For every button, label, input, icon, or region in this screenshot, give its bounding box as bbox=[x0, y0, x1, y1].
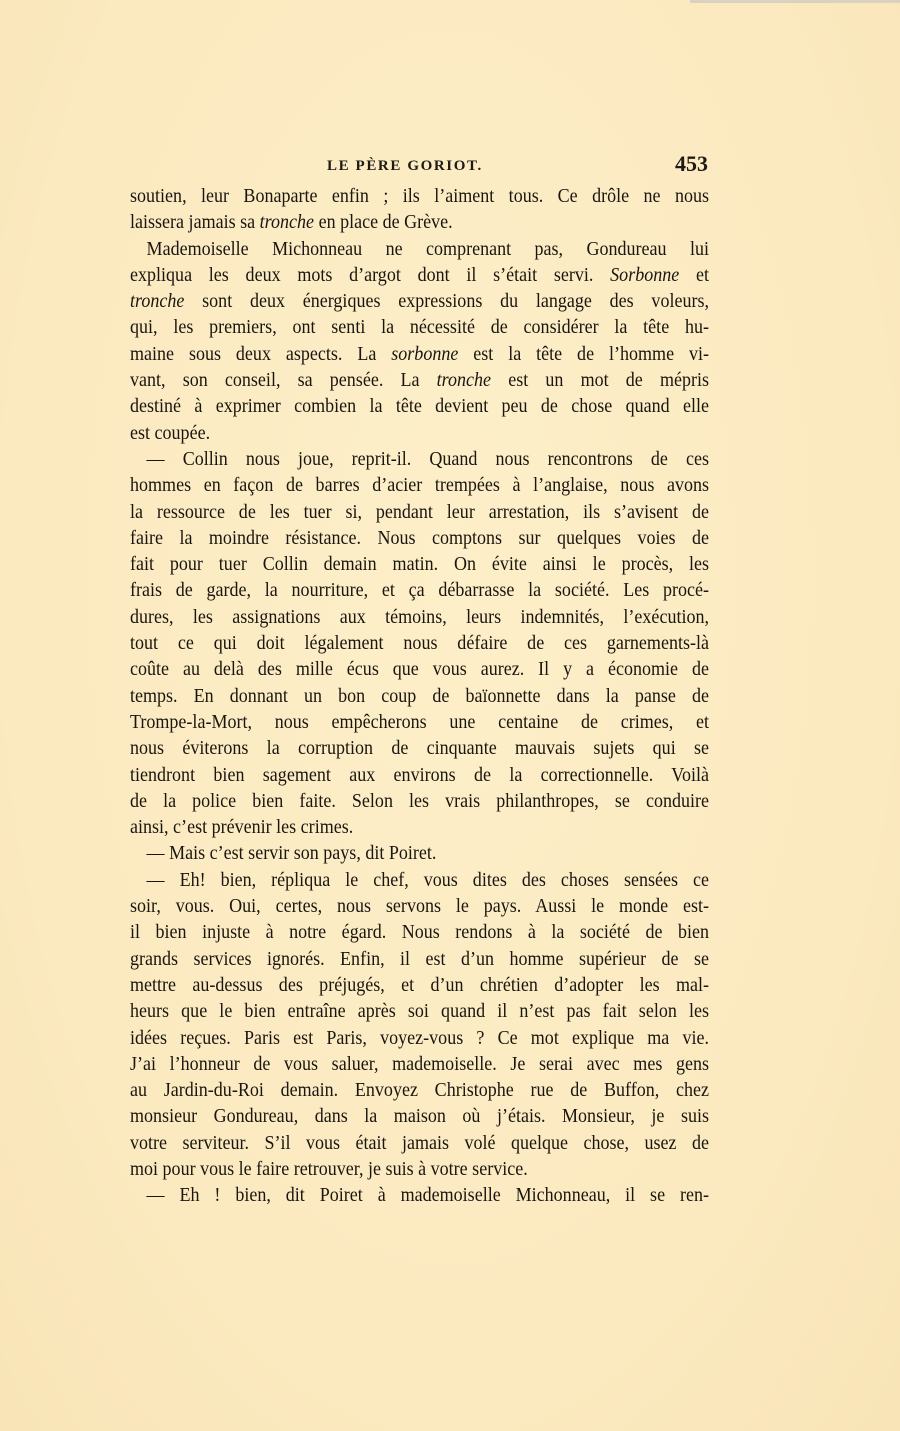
text-line: expliqua les deux mots d’argot dont il s… bbox=[130, 263, 709, 289]
text-run: en place de Grève. bbox=[314, 212, 453, 233]
text-run: maine sous deux aspects. La bbox=[130, 344, 391, 365]
italic-term: tronche bbox=[437, 370, 491, 391]
running-title: LE PÈRE GORIOT. bbox=[327, 158, 483, 175]
text-line: — Eh! bien, répliqua le chef, vous dites… bbox=[130, 868, 709, 894]
text-line: J’ai l’honneur de vous saluer, mademoise… bbox=[130, 1052, 709, 1078]
text-line: maine sous deux aspects. La sorbonne est… bbox=[130, 342, 709, 368]
italic-term: tronche bbox=[260, 212, 314, 233]
text-line: moi pour vous le faire retrouver, je sui… bbox=[130, 1157, 709, 1183]
italic-term: sorbonne bbox=[391, 344, 458, 365]
page-number: 453 bbox=[675, 151, 708, 177]
page-edge bbox=[690, 0, 900, 3]
text-line: nous éviterons la corruption de cinquant… bbox=[130, 736, 709, 762]
text-line: ainsi, c’est prévenir les crimes. bbox=[130, 815, 709, 841]
text-line: heurs que le bien entraîne après soi qua… bbox=[130, 999, 709, 1025]
text-line: frais de garde, la nourriture, et ça déb… bbox=[130, 578, 709, 604]
body-text: soutien, leur Bonaparte enfin ; ils l’ai… bbox=[130, 184, 709, 1210]
text-line: vant, son conseil, sa pensée. La tronche… bbox=[130, 368, 709, 394]
text-line: il bien injuste à notre égard. Nous rend… bbox=[130, 920, 709, 946]
text-line: Mademoiselle Michonneau ne comprenant pa… bbox=[130, 237, 709, 263]
text-run: et bbox=[679, 265, 709, 286]
text-line: mettre au-dessus des préjugés, et d’un c… bbox=[130, 973, 709, 999]
italic-term: Sorbonne bbox=[610, 265, 679, 286]
text-line: — Eh ! bien, dit Poiret à mademoiselle M… bbox=[130, 1183, 709, 1209]
text-line: soutien, leur Bonaparte enfin ; ils l’ai… bbox=[130, 184, 709, 210]
text-line: tiendront bien sagement aux environs de … bbox=[130, 763, 709, 789]
text-run: est la tête de l’homme vi- bbox=[458, 344, 709, 365]
text-line: faire la moindre résistance. Nous compto… bbox=[130, 526, 709, 552]
text-run: laissera jamais sa bbox=[130, 212, 260, 233]
italic-term: tronche bbox=[130, 291, 184, 312]
text-line: fait pour tuer Collin demain matin. On é… bbox=[130, 552, 709, 578]
text-line: — Collin nous joue, reprit-il. Quand nou… bbox=[130, 447, 709, 473]
running-head: LE PÈRE GORIOT. 453 bbox=[130, 150, 710, 178]
text-line: monsieur Gondureau, dans la maison où j’… bbox=[130, 1104, 709, 1130]
text-line: laissera jamais sa tronche en place de G… bbox=[130, 210, 709, 236]
text-run: expliqua les deux mots d’argot dont il s… bbox=[130, 265, 610, 286]
text-line: la ressource de les tuer si, pendant leu… bbox=[130, 500, 709, 526]
text-line: dures, les assignations aux témoins, leu… bbox=[130, 605, 709, 631]
text-line: Trompe-la-Mort, nous empêcherons une cen… bbox=[130, 710, 709, 736]
text-line: de la police bien faite. Selon les vrais… bbox=[130, 789, 709, 815]
text-line: coûte au delà des mille écus que vous au… bbox=[130, 657, 709, 683]
text-line: est coupée. bbox=[130, 421, 709, 447]
text-line: — Mais c’est servir son pays, dit Poiret… bbox=[130, 841, 709, 867]
text-run: vant, son conseil, sa pensée. La bbox=[130, 370, 437, 391]
text-line: temps. En donnant un bon coup de baïonne… bbox=[130, 684, 709, 710]
text-line: hommes en façon de barres d’acier trempé… bbox=[130, 473, 709, 499]
text-line: tronche sont deux énergiques expressions… bbox=[130, 289, 709, 315]
text-run: est un mot de mépris bbox=[491, 370, 709, 391]
text-line: votre serviteur. S’il vous était jamais … bbox=[130, 1131, 709, 1157]
text-line: tout ce qui doit légalement nous défaire… bbox=[130, 631, 709, 657]
text-line: idées reçues. Paris est Paris, voyez-vou… bbox=[130, 1026, 709, 1052]
book-page: LE PÈRE GORIOT. 453 soutien, leur Bonapa… bbox=[0, 0, 900, 1431]
text-line: soir, vous. Oui, certes, nous servons le… bbox=[130, 894, 709, 920]
text-line: au Jardin-du-Roi demain. Envoyez Christo… bbox=[130, 1078, 709, 1104]
text-line: destiné à exprimer combien la tête devie… bbox=[130, 394, 709, 420]
text-run: sont deux énergiques expressions du lang… bbox=[184, 291, 709, 312]
text-line: qui, les premiers, ont senti la nécessit… bbox=[130, 315, 709, 341]
text-line: grands services ignorés. Enfin, il est d… bbox=[130, 947, 709, 973]
